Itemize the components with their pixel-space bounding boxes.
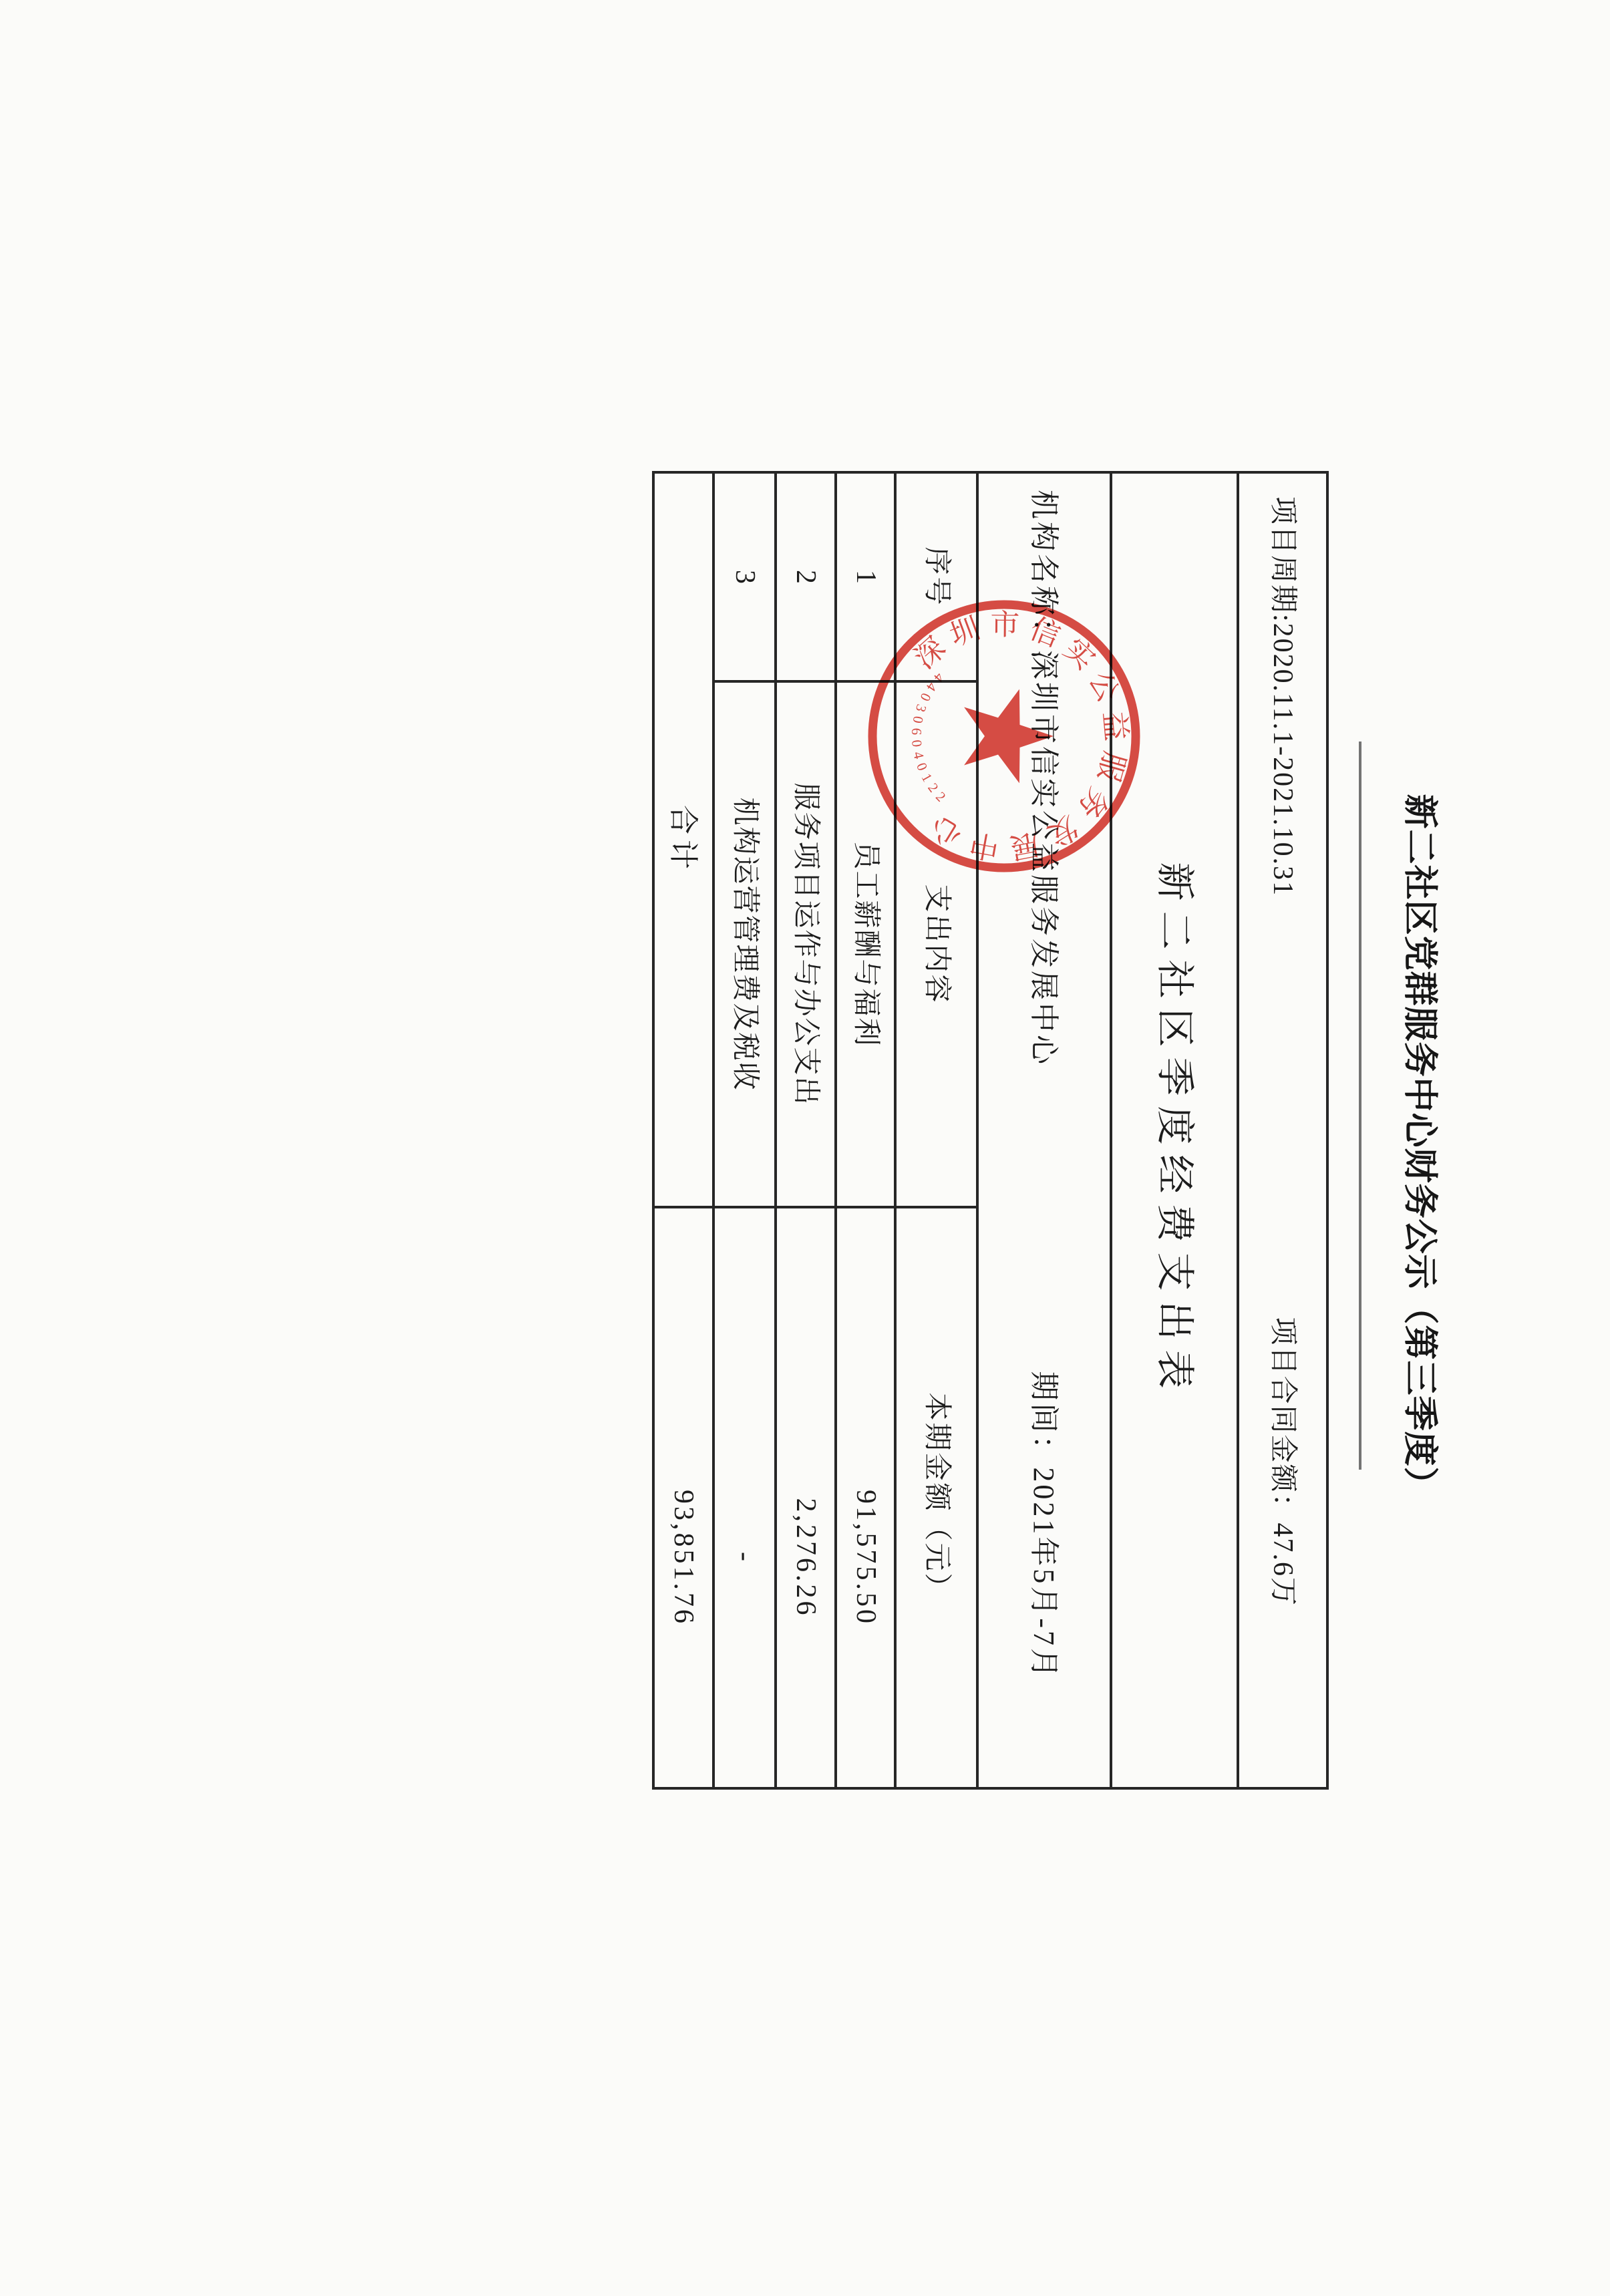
seal-number: 440306040122: [909, 669, 951, 806]
page-title: 新二社区党群服务中心财务公示（第三季度）: [1398, 0, 1448, 2296]
rotated-document: 新二社区党群服务中心财务公示（第三季度） 项目周期:2020.11.1-2021…: [0, 0, 1610, 2296]
row-content: 服务项目运作与办公支出: [776, 681, 836, 1207]
scan-crease-line: [1359, 742, 1361, 1470]
row-amount: 2,276.26: [776, 1207, 836, 1788]
contract-amount-label: 项目合同金额：47.6万: [1265, 1317, 1301, 1607]
period-range-label: 期间：2021年5月-7月: [1026, 1371, 1063, 1680]
row-amount: -: [713, 1207, 776, 1788]
total-label: 合计: [653, 472, 713, 1207]
table-title: 新二社区季度经费支出表: [1150, 474, 1199, 1787]
table-row: 2 服务项目运作与办公支出 2,276.26: [776, 472, 836, 1788]
table-total-row: 合计 93,851.76: [653, 472, 713, 1788]
seal-star-icon: [964, 689, 1054, 784]
svg-text:440306040122: 440306040122: [909, 669, 951, 806]
header-amount: 本期金额（元）: [895, 1207, 977, 1788]
row-content: 机构运营管理费及税收: [713, 681, 776, 1207]
official-seal: 深圳市信实公益服务发展中心 440306040122: [857, 589, 1151, 883]
table-row-period: 项目周期:2020.11.1-2021.10.31 项目合同金额：47.6万: [1238, 472, 1327, 1788]
row-index: 3: [713, 472, 776, 681]
total-amount: 93,851.76: [653, 1207, 713, 1788]
row-amount: 91,575.50: [836, 1207, 895, 1788]
row-index: 2: [776, 472, 836, 681]
table-row: 3 机构运营管理费及税收 -: [713, 472, 776, 1788]
project-period-label: 项目周期:2020.11.1-2021.10.31: [1265, 496, 1301, 896]
scanned-page: 新二社区党群服务中心财务公示（第三季度） 项目周期:2020.11.1-2021…: [0, 0, 1610, 2296]
